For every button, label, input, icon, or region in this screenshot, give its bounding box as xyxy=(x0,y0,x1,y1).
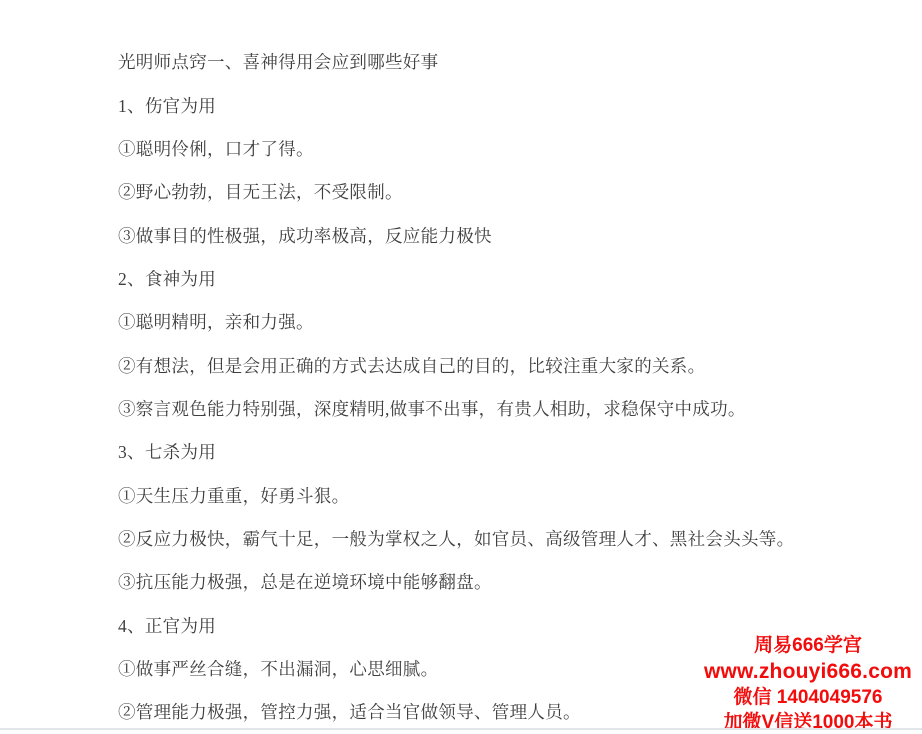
section-heading: 4、正官为用 xyxy=(118,603,794,646)
watermark-wechat-id: 微信 1404049576 xyxy=(694,685,922,710)
list-item: ②有想法，但是会用正确的方式去达成自己的目的，比较注重大家的关系。 xyxy=(118,343,794,386)
watermark-url: www.zhouyi666.com xyxy=(694,659,922,685)
list-item: ①天生压力重重，好勇斗狠。 xyxy=(118,473,794,516)
document-content: 光明师点窍一、喜神得用会应到哪些好事 1、伤官为用 ①聪明伶俐，口才了得。 ②野… xyxy=(118,40,794,734)
section-heading: 2、食神为用 xyxy=(118,257,794,300)
list-item: ①聪明伶俐，口才了得。 xyxy=(118,127,794,170)
doc-title: 光明师点窍一、喜神得用会应到哪些好事 xyxy=(118,40,794,83)
watermark: 周易666学宫 www.zhouyi666.com 微信 1404049576 … xyxy=(694,633,922,734)
list-item: ③抗压能力极强，总是在逆境环境中能够翻盘。 xyxy=(118,560,794,603)
list-item: ③做事目的性极强，成功率极高，反应能力极快 xyxy=(118,213,794,256)
list-item: ③察言观色能力特别强，深度精明,做事不出事，有贵人相助，求稳保守中成功。 xyxy=(118,387,794,430)
list-item: ①做事严丝合缝，不出漏洞，心思细腻。 xyxy=(118,647,794,690)
watermark-brand: 周易666学宫 xyxy=(694,633,922,659)
page-edge-gap xyxy=(0,730,922,734)
section-heading: 3、七杀为用 xyxy=(118,430,794,473)
document-page: 光明师点窍一、喜神得用会应到哪些好事 1、伤官为用 ①聪明伶俐，口才了得。 ②野… xyxy=(0,0,922,734)
list-item: ②野心勃勃，目无王法，不受限制。 xyxy=(118,170,794,213)
list-item: ②反应力极快，霸气十足，一般为掌权之人，如官员、高级管理人才、黑社会头头等。 xyxy=(118,517,794,560)
page-bottom-edge xyxy=(0,728,922,734)
list-item: ①聪明精明，亲和力强。 xyxy=(118,300,794,343)
list-item: ②管理能力极强，管控力强，适合当官做领导、管理人员。 xyxy=(118,690,794,733)
section-heading: 1、伤官为用 xyxy=(118,83,794,126)
